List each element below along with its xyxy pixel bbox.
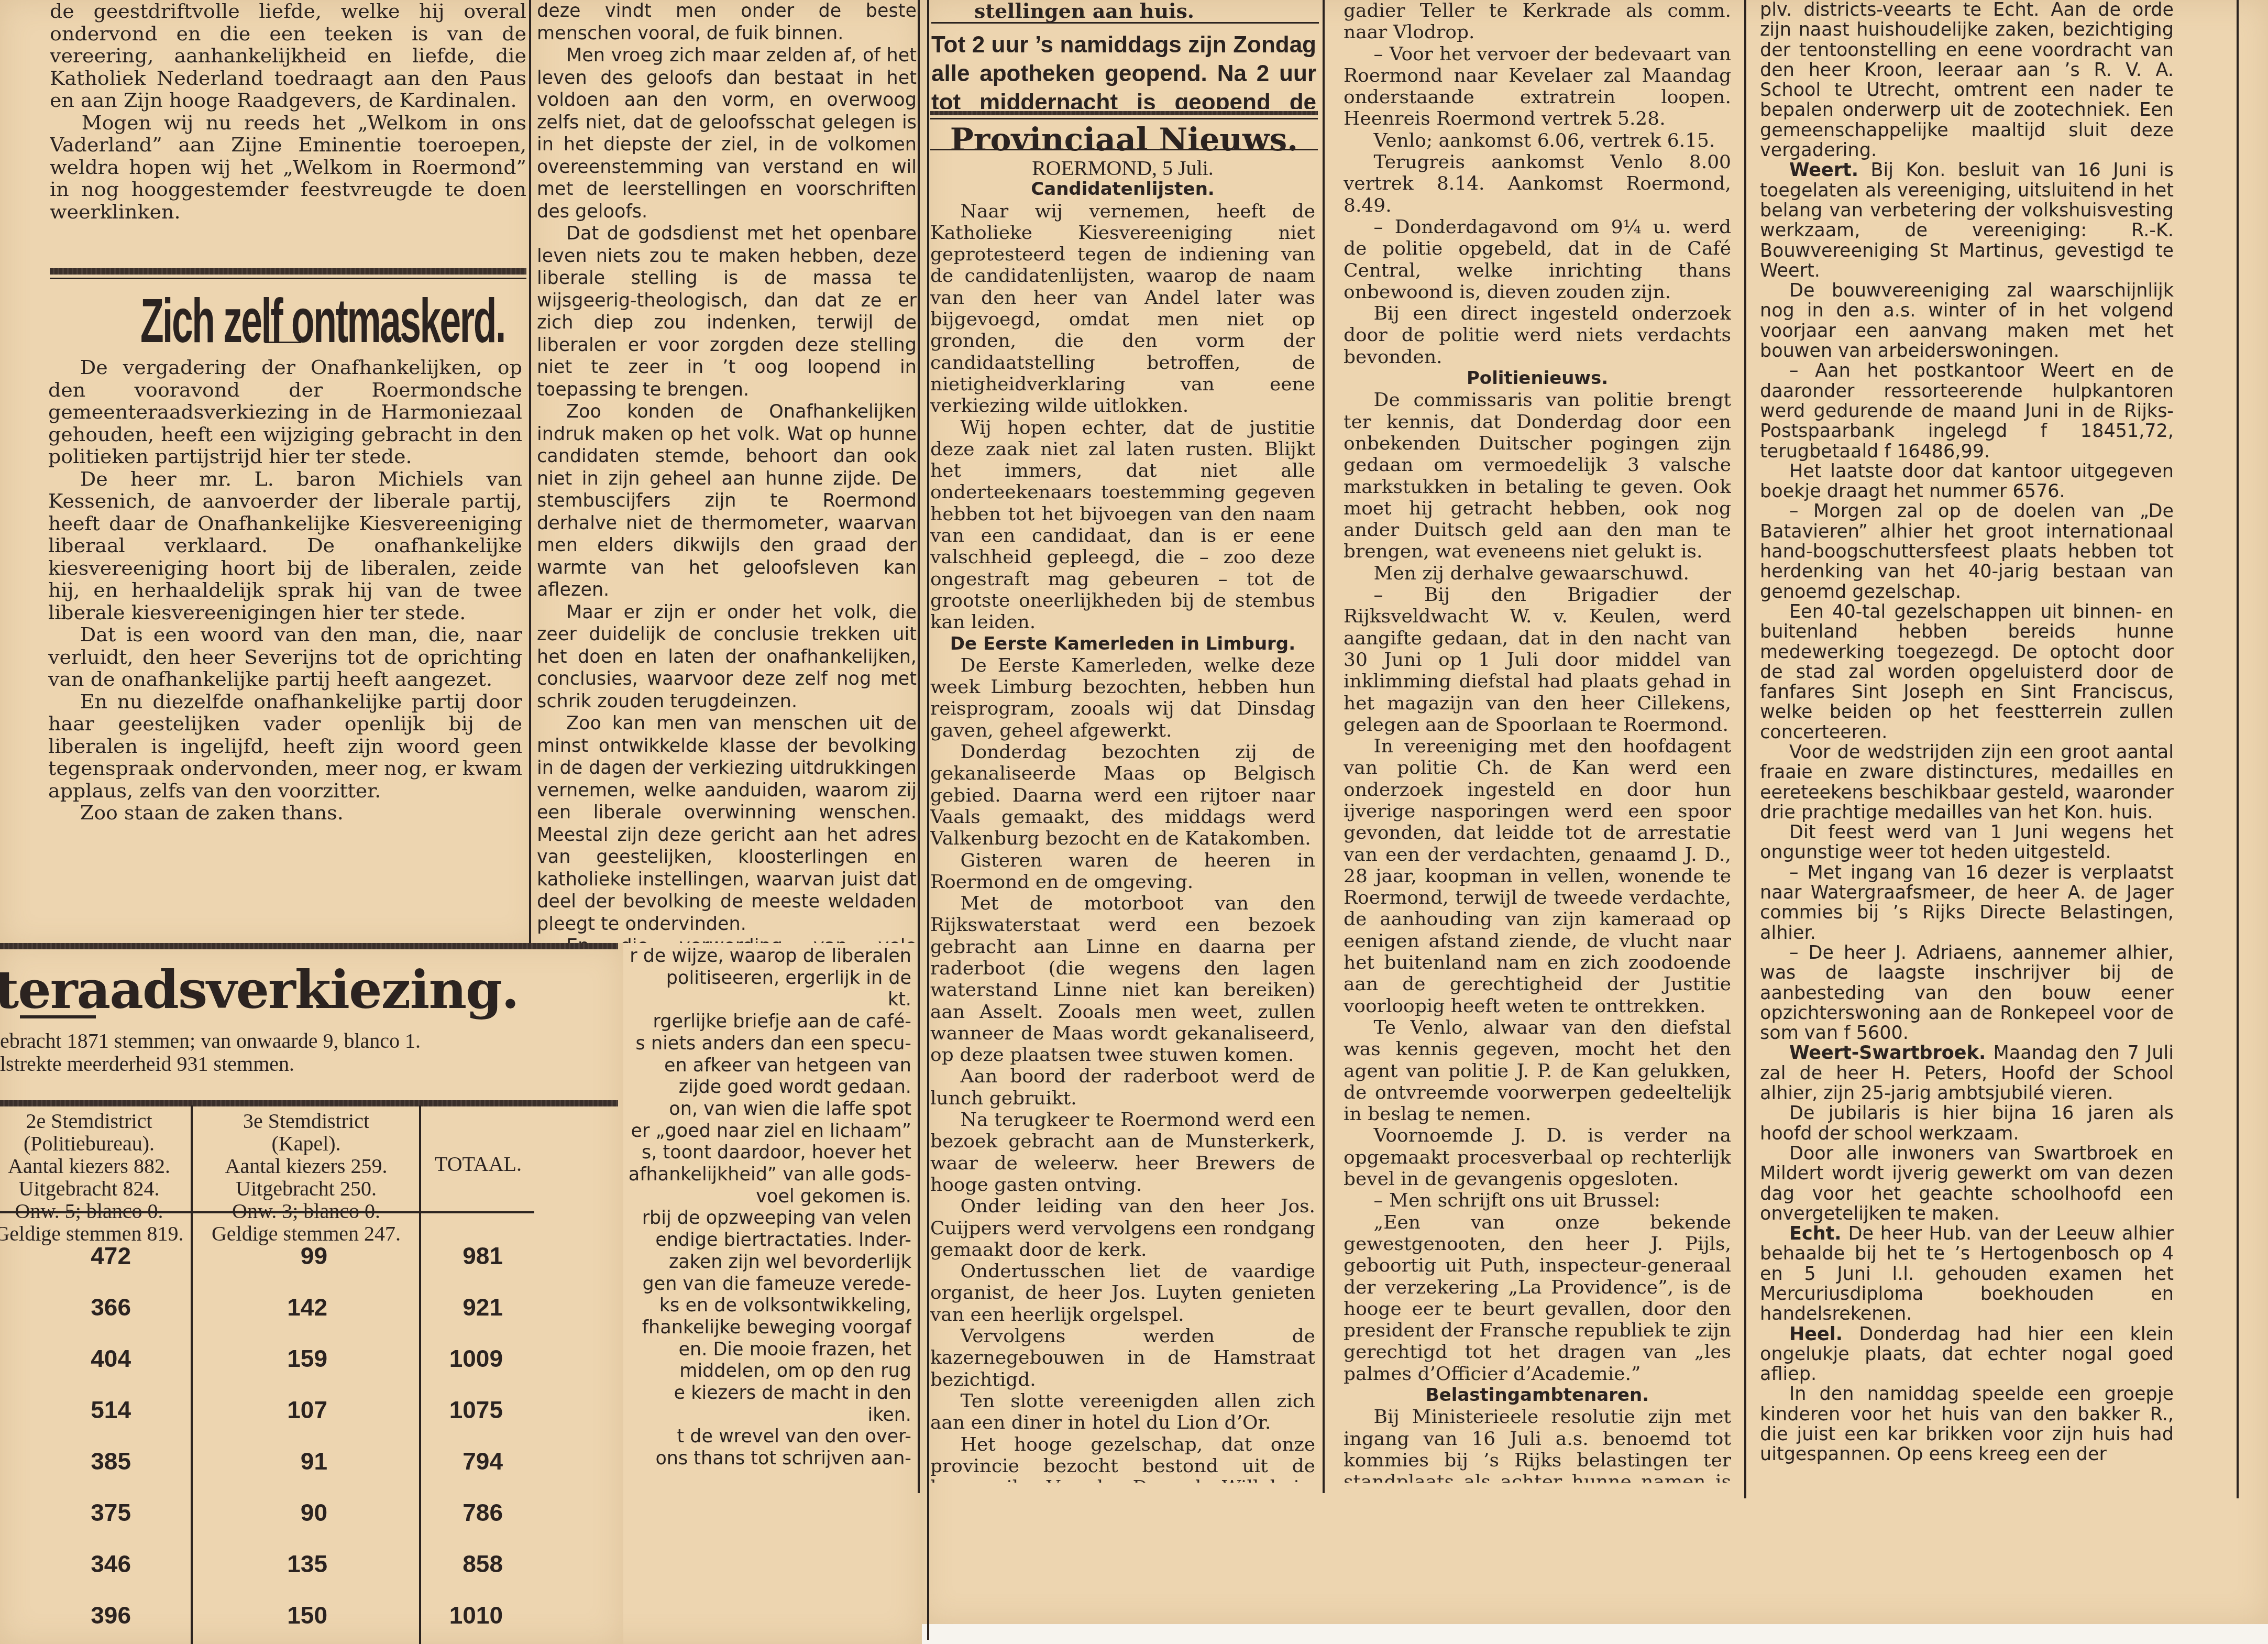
- article-paragraph: De Eerste Kamerleden, welke deze week Li…: [930, 655, 1315, 741]
- article-paragraph: Maar er zijn er onder het volk, die zeer…: [537, 601, 917, 713]
- vote-count: 99: [223, 1242, 327, 1270]
- article-paragraph: Weert-Swartbroek. Maandag den 7 Juli zal…: [1760, 1043, 2174, 1103]
- column-rule: [927, 0, 929, 1640]
- column-2: deze vindt men onder de beste menschen v…: [537, 0, 917, 943]
- divider: [0, 943, 618, 949]
- vote-count: 396: [26, 1601, 131, 1629]
- article-zich-zelf-ontmaskerd: De vergadering der Onafhankelijken, op d…: [48, 356, 522, 943]
- district-header: 2e Stemdistrict(Politiebureau).Aantal ki…: [0, 1110, 189, 1245]
- paragraph-text: De jubilaris is hier bijna 16 jaren als …: [1760, 1103, 2174, 1144]
- article-paragraph: Gisteren waren de heeren in Roermond en …: [930, 850, 1315, 893]
- torn-line: politiseeren, ergerlijk in de: [618, 968, 911, 990]
- paragraph-text: plv. districts-veearts te Echt. Aan de o…: [1760, 0, 2174, 161]
- district-header: 3e Stemdistrict(Kapel).Aantal kiezers 25…: [195, 1110, 417, 1245]
- article-paragraph: Donderdag bezochten zij de gekanaliseerd…: [930, 741, 1315, 849]
- article-paragraph: – Met ingang van 16 dezer is verplaatst …: [1760, 863, 2174, 943]
- article-paragraph: Zoo kan men van menschen uit de minst on…: [537, 713, 917, 935]
- article-paragraph: In den namiddag speelde een groepje kind…: [1760, 1384, 2174, 1464]
- article-paragraph: Naar wij vernemen, heeft de Katholieke K…: [930, 201, 1315, 417]
- article-paragraph: Het hooge gezelschap, dat onze provincie…: [930, 1434, 1315, 1483]
- article-paragraph: Het laatste door dat kantoor uitgegeven …: [1760, 462, 2174, 502]
- place-lead: Heel.: [1789, 1324, 1843, 1345]
- torn-line: t de wrevel van den over-: [618, 1426, 911, 1448]
- district-header-line: 3e Stemdistrict: [195, 1110, 417, 1132]
- article-paragraph: De bouwvereeniging zal waarschijnlijk no…: [1760, 281, 2174, 361]
- article-paragraph: „Een van onze bekende gewestgenooten, de…: [1344, 1212, 1731, 1385]
- district-header-line: Uitgebracht 824.: [0, 1177, 189, 1200]
- article-paragraph: Zoo staan de zaken thans.: [48, 802, 522, 824]
- torn-line: afhankelijkheid” van alle gods-: [618, 1164, 911, 1186]
- paragraph-text: – Morgen zal op de doelen van „De Batavi…: [1760, 501, 2174, 602]
- vote-count: 135: [223, 1550, 327, 1578]
- section-title-provinciaal-nieuws: Provinciaal Nieuws.: [930, 122, 1318, 158]
- intro-paragraph: Mogen wij nu reeds het „Welkom in ons Va…: [50, 112, 526, 223]
- vote-count: 375: [26, 1498, 131, 1527]
- district-header-line: (Kapel).: [195, 1132, 417, 1155]
- table-top-rule: [0, 1100, 618, 1106]
- vote-count: 472: [26, 1242, 131, 1270]
- vote-count: 1075: [398, 1396, 503, 1424]
- headline-zich-zelf-ontmaskerd: Zich zelf ontmaskerd.: [140, 286, 436, 357]
- district-header-line: TOTAAL.: [423, 1153, 533, 1175]
- vote-count: 514: [26, 1396, 131, 1424]
- torn-line: er „goed naar ziel en lichaam”: [618, 1121, 911, 1143]
- paragraph-text: – Met ingang van 16 dezer is verplaatst …: [1760, 862, 2174, 944]
- table-column-rule: [191, 1105, 193, 1644]
- article-paragraph: – Donderdagavond om 9¼ u. werd de politi…: [1344, 216, 1731, 303]
- vote-count: 921: [398, 1293, 503, 1321]
- article-paragraph: En die verwording van vele menschen: [537, 935, 917, 943]
- pharmacy-notice: Tot 2 uur ’s namiddags zijn Zondag alle …: [931, 30, 1316, 109]
- article-paragraph: Door alle inwoners van Swartbroek en Mil…: [1760, 1144, 2174, 1224]
- paragraph-text: – De heer J. Adriaens, aannemer alhier, …: [1760, 942, 2174, 1044]
- column-rule: [918, 0, 920, 1493]
- vote-count: 385: [26, 1447, 131, 1475]
- torn-line: zijde goed wordt gedaan.: [618, 1077, 911, 1099]
- article-paragraph: Met de motorboot van den Rijkswaterstaat…: [930, 893, 1315, 1066]
- district-header-line: Onw. 5; blanco 0.: [0, 1200, 189, 1222]
- paragraph-text: Door alle inwoners van Swartbroek en Mil…: [1760, 1143, 2174, 1224]
- article-paragraph: Te Venlo, alwaar van den diefstal was ke…: [1344, 1017, 1731, 1125]
- paragraph-text: In den namiddag speelde een groepje kind…: [1760, 1384, 2174, 1465]
- divider: [931, 22, 1319, 24]
- article-subhead: Politienieuws.: [1344, 368, 1731, 389]
- column-rule: [2237, 0, 2239, 1498]
- paragraph-text: De bouwvereeniging zal waarschijnlijk no…: [1760, 280, 2174, 361]
- article-paragraph: Weert. Bij Kon. besluit van 16 Juni is t…: [1760, 160, 2174, 281]
- article-paragraph: Aan boord der raderboot werd de lunch ge…: [930, 1066, 1315, 1109]
- article-paragraph: Men zij derhalve gewaarschuwd.: [1344, 563, 1731, 584]
- district-header-line: (Politiebureau).: [0, 1132, 189, 1155]
- paragraph-text: Een 40-tal gezelschappen uit binnen- en …: [1760, 601, 2174, 743]
- article-paragraph: Terugreis aankomst Venlo 8.00 vertrek 8.…: [1344, 151, 1731, 216]
- article-paragraph: Dat de godsdienst met het openbare leven…: [537, 223, 917, 401]
- article-paragraph: Na terugkeer te Roermond werd een bezoek…: [930, 1109, 1315, 1196]
- election-summary: ebracht 1871 stemmen; van onwaarde 9, bl…: [0, 1029, 421, 1076]
- article-subhead: Belastingambtenaren.: [1344, 1385, 1731, 1406]
- torn-line: iken.: [618, 1405, 911, 1427]
- torn-line: rgerlijke briefje aan de café-: [618, 1011, 911, 1033]
- article-paragraph: – Voor het vervoer der bedevaart van Roe…: [1344, 43, 1731, 130]
- vote-count: 366: [26, 1293, 131, 1321]
- column-4-articles: gadier Teller te Kerkrade als comm. naar…: [1344, 0, 1731, 1483]
- torn-line: s, toont daardoor, hoever het: [618, 1142, 911, 1164]
- article-paragraph: Bij Ministerieele resolutie zijn met ing…: [1344, 1406, 1731, 1483]
- column-rule: [1323, 0, 1325, 1493]
- torn-line: s niets anders dan een specu-: [618, 1033, 911, 1055]
- torn-line: rbij de opzweeping van velen: [618, 1208, 911, 1230]
- vote-count: 786: [398, 1498, 503, 1527]
- vote-count: 981: [398, 1242, 503, 1270]
- column-1-intro: de geestdriftvolle liefde, welke hij ove…: [50, 0, 526, 231]
- district-header-line: Onw. 3; blanco 0.: [195, 1200, 417, 1222]
- article-paragraph: De vergadering der Onafhankelijken, op d…: [48, 356, 522, 468]
- paragraph-text: Het laatste door dat kantoor uitgegeven …: [1760, 461, 2174, 502]
- torn-line: middelen, om op den rug: [618, 1361, 911, 1383]
- place-lead: Echt.: [1789, 1223, 1842, 1244]
- article-paragraph: Men vroeg zich maar zelden af, of het le…: [537, 45, 917, 223]
- divider: [930, 149, 1318, 150]
- torn-line: ons thans tot schrijven aan-: [618, 1448, 911, 1470]
- vote-count: 404: [26, 1344, 131, 1373]
- article-paragraph: – Men schrijft ons uit Brussel:: [1344, 1190, 1731, 1211]
- torn-line: en. Die mooie frazen, het: [618, 1339, 911, 1361]
- article-paragraph: Zoo konden de Onafhankelijken indruk mak…: [537, 401, 917, 601]
- torn-line: kt.: [618, 989, 911, 1011]
- article-paragraph: De jubilaris is hier bijna 16 jaren als …: [1760, 1103, 2174, 1144]
- torn-line: endige biertractaties. Inder-: [618, 1230, 911, 1252]
- article-subhead: Candidatenlijsten.: [930, 179, 1315, 200]
- divider: [930, 111, 1318, 115]
- district-header: TOTAAL.: [423, 1153, 533, 1175]
- article-paragraph: plv. districts-veearts te Echt. Aan de o…: [1760, 0, 2174, 160]
- vote-count: 1010: [398, 1601, 503, 1629]
- district-header-line: Aantal kiezers 882.: [0, 1155, 189, 1177]
- district-header-line: Uitgebracht 250.: [195, 1177, 417, 1200]
- district-header-line: Aantal kiezers 259.: [195, 1155, 417, 1177]
- vote-count: 150: [223, 1601, 327, 1629]
- top-fragment: stellingen aan huis.: [974, 0, 1289, 24]
- vote-count: 90: [223, 1498, 327, 1527]
- paragraph-text: Dit feest werd van 1 Juni wegens het ong…: [1760, 822, 2174, 863]
- vote-count: 159: [223, 1344, 327, 1373]
- torn-line: e kiezers de macht in den: [618, 1383, 911, 1405]
- column-5-articles: plv. districts-veearts te Echt. Aan de o…: [1760, 0, 2174, 1498]
- headline-underline: [20, 1015, 96, 1018]
- torn-line: ks en de volksontwikkeling,: [618, 1295, 911, 1317]
- headline-gemeenteraadsverkiezing: teraadsverkiezing.: [0, 959, 519, 1021]
- article-paragraph: Vervolgens werden de kazernegebouwen in …: [930, 1325, 1315, 1390]
- intro-paragraph: de geestdriftvolle liefde, welke hij ove…: [50, 0, 526, 112]
- article-paragraph: In vereeniging met den hoofdagent van po…: [1344, 736, 1731, 1017]
- article-paragraph: – Bij den Brigadier der Rijksveldwacht W…: [1344, 584, 1731, 736]
- article-paragraph: De commissaris van politie brengt ter ke…: [1344, 389, 1731, 562]
- torn-line: fhankelijke beweging voorgaf: [618, 1317, 911, 1339]
- vote-count: 107: [223, 1396, 327, 1424]
- article-paragraph: En nu diezelfde onafhankelijke partij do…: [48, 691, 522, 802]
- article-subhead: De Eerste Kamerleden in Limburg.: [930, 633, 1315, 655]
- article-paragraph: Dit feest werd van 1 Juni wegens het ong…: [1760, 823, 2174, 863]
- article-paragraph: Voornoemde J. D. is verder na opgemaakt …: [1344, 1125, 1731, 1190]
- vote-count: 858: [398, 1550, 503, 1578]
- column-2-torn-fragment: r de wijze, waarop de liberalenpolitisee…: [618, 946, 911, 1496]
- column-3-articles: ROERMOND, 5 Juli. Candidatenlijsten.Naar…: [930, 157, 1315, 1483]
- article-paragraph: Onder leiding van den heer Jos. Cuijpers…: [930, 1196, 1315, 1261]
- article-paragraph: Heel. Donderdag had hier een klein ongel…: [1760, 1324, 2174, 1385]
- dateline: ROERMOND, 5 Juli.: [930, 157, 1315, 179]
- torn-line: r de wijze, waarop de liberalen: [618, 946, 911, 968]
- article-paragraph: – Morgen zal op de doelen van „De Batavi…: [1760, 501, 2174, 601]
- vote-count: 794: [398, 1447, 503, 1475]
- article-paragraph: Venlo; aankomst 6.06, vertrek 6.15.: [1344, 130, 1731, 151]
- divider: [50, 278, 526, 279]
- paragraph-text: Voor de wedstrijden zijn een groot aanta…: [1760, 742, 2174, 823]
- column-rule: [1744, 0, 1746, 1498]
- article-paragraph: – Aan het postkantoor Weert en de daaron…: [1760, 361, 2174, 461]
- district-header-line: 2e Stemdistrict: [0, 1110, 189, 1132]
- article-paragraph: Een 40-tal gezelschappen uit binnen- en …: [1760, 602, 2174, 742]
- top-fragment: gadier Teller te Kerkrade als comm. naar…: [1344, 0, 1731, 43]
- vote-count: 91: [223, 1447, 327, 1475]
- article-paragraph: Ten slotte vereenigden allen zich aan ee…: [930, 1390, 1315, 1434]
- column-rule: [529, 0, 531, 943]
- divider: [50, 268, 526, 275]
- vote-count: 346: [26, 1550, 131, 1578]
- article-paragraph: deze vindt men onder de beste menschen v…: [537, 0, 917, 45]
- article-paragraph: Dat is een woord van den man, die, naar …: [48, 623, 522, 691]
- vote-count: 1009: [398, 1344, 503, 1373]
- torn-line: en afkeer van hetgeen van: [618, 1055, 911, 1077]
- torn-line: on, van wien die laffe spot: [618, 1099, 911, 1121]
- article-paragraph: Wij hopen echter, dat de justitie deze z…: [930, 417, 1315, 633]
- article-paragraph: Ondertusschen liet de vaardige organist,…: [930, 1261, 1315, 1325]
- article-paragraph: Voor de wedstrijden zijn een groot aanta…: [1760, 742, 2174, 823]
- torn-line: voel gekomen is.: [618, 1186, 911, 1208]
- place-lead: Weert.: [1789, 160, 1858, 181]
- paragraph-text: – Aan het postkantoor Weert en de daaron…: [1760, 360, 2174, 462]
- article-paragraph: De heer mr. L. baron Michiels van Kessen…: [48, 468, 522, 624]
- article-paragraph: Echt. De heer Hub. van der Leeuw alhier …: [1760, 1224, 2174, 1324]
- article-paragraph: – De heer J. Adriaens, aannemer alhier, …: [1760, 943, 2174, 1043]
- article-paragraph: Bij een direct ingesteld onderzoek door …: [1344, 303, 1731, 368]
- divider: [930, 118, 1318, 119]
- vote-count: 142: [223, 1293, 327, 1321]
- headline-underline: [265, 342, 301, 343]
- torn-line: zaken zijn wel bevorderlijk: [618, 1252, 911, 1274]
- place-lead: Weert-Swartbroek.: [1789, 1043, 1986, 1064]
- torn-line: gen van die fameuze verede-: [618, 1274, 911, 1296]
